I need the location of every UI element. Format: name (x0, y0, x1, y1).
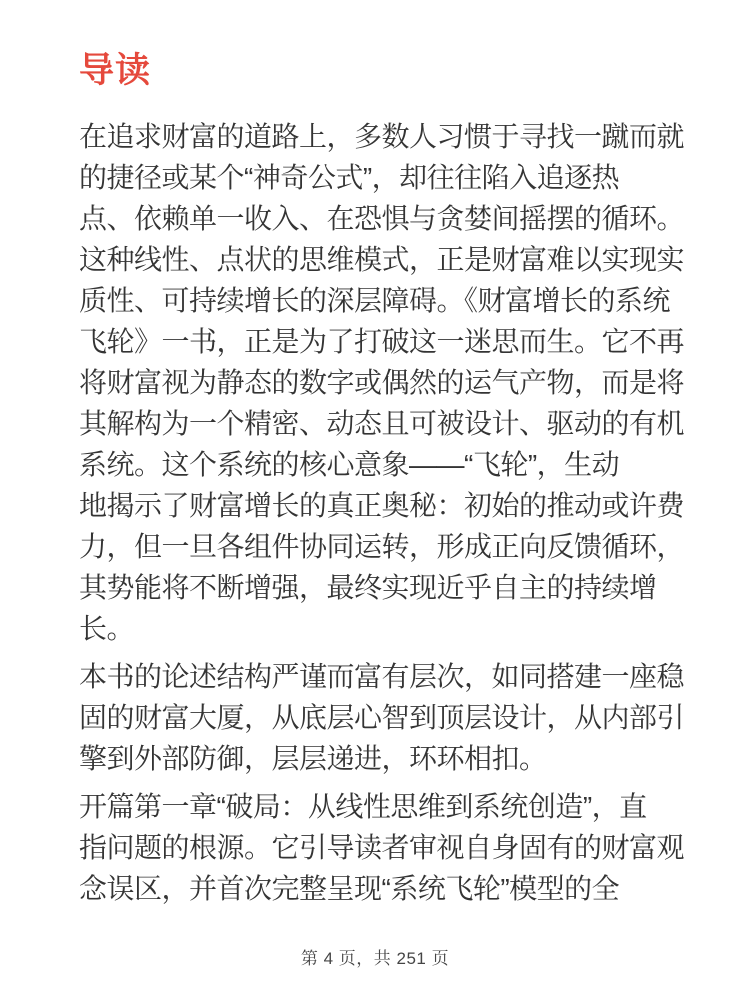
text-line: 这种线性、点状的思维模式，正是财富难以实现实 (79, 239, 686, 280)
text-line: 指问题的根源。它引导读者审视自身固有的财富观 (79, 827, 686, 868)
text-line: 开篇第一章“破局：从线性思维到系统创造”，直 (79, 786, 686, 827)
page-body: 在追求财富的道路上，多数人习惯于寻找一蹴而就的捷径或某个“神奇公式”，却往往陷入… (79, 116, 686, 909)
text-line: 本书的论述结构严谨而富有层次，如同搭建一座稳 (79, 656, 686, 697)
text-line: 其势能将不断增强，最终实现近乎自主的持续增 (79, 567, 686, 608)
document-page: 导读 在追求财富的道路上，多数人习惯于寻找一蹴而就的捷径或某个“神奇公式”，却往… (0, 0, 750, 1000)
paragraph: 本书的论述结构严谨而富有层次，如同搭建一座稳固的财富大厦，从底层心智到顶层设计，… (79, 656, 686, 779)
text-line: 长。 (79, 608, 686, 649)
text-line: 力，但一旦各组件协同运转，形成正向反馈循环， (79, 526, 686, 567)
paragraph: 开篇第一章“破局：从线性思维到系统创造”，直指问题的根源。它引导读者审视自身固有… (79, 786, 686, 909)
text-line: 地揭示了财富增长的真正奥秘：初始的推动或许费 (79, 485, 686, 526)
text-line: 飞轮》一书，正是为了打破这一迷思而生。它不再 (79, 321, 686, 362)
text-line: 点、依赖单一收入、在恐惧与贪婪间摇摆的循环。 (79, 198, 686, 239)
paragraph: 在追求财富的道路上，多数人习惯于寻找一蹴而就的捷径或某个“神奇公式”，却往往陷入… (79, 116, 686, 649)
page-title: 导读 (79, 50, 686, 92)
text-line: 质性、可持续增长的深层障碍。《财富增长的系统 (79, 280, 686, 321)
text-line: 擎到外部防御，层层递进，环环相扣。 (79, 738, 686, 779)
text-line: 固的财富大厦，从底层心智到顶层设计，从内部引 (79, 697, 686, 738)
text-line: 的捷径或某个“神奇公式”，却往往陷入追逐热 (79, 157, 686, 198)
text-line: 将财富视为静态的数字或偶然的运气产物，而是将 (79, 362, 686, 403)
page-indicator: 第 4 页，共 251 页 (0, 949, 750, 969)
text-line: 在追求财富的道路上，多数人习惯于寻找一蹴而就 (79, 116, 686, 157)
text-line: 念误区，并首次完整呈现“系统飞轮”模型的全 (79, 868, 686, 909)
text-line: 系统。这个系统的核心意象——“飞轮”，生动 (79, 444, 686, 485)
text-line: 其解构为一个精密、动态且可被设计、驱动的有机 (79, 403, 686, 444)
